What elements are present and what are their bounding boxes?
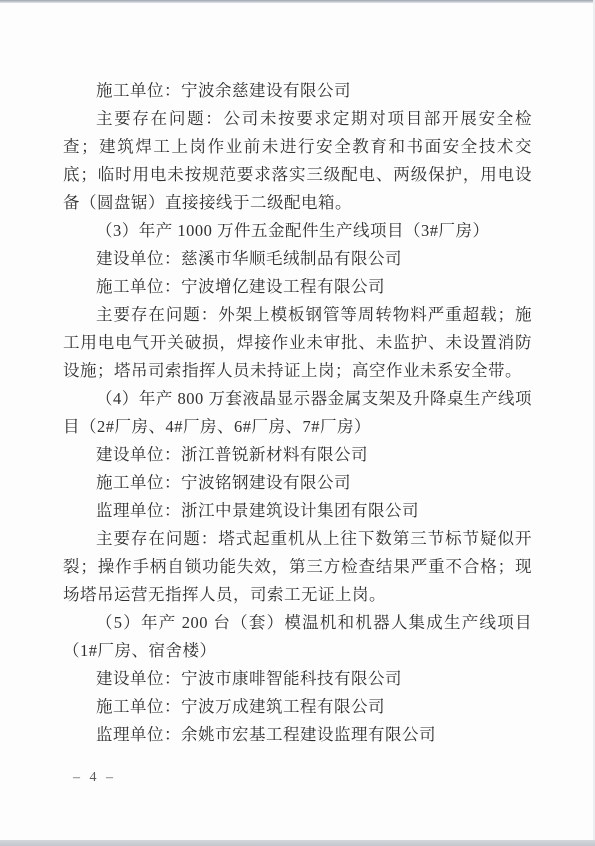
owner-unit-line: 建设单位：慈溪市华顺毛绒制品有限公司 — [63, 245, 532, 273]
main-issues-paragraph: 主要存在问题：外架上模板钢管等周转物料严重超载；施工用电电气开关破损，焊接作业未… — [63, 301, 532, 385]
contractor-unit-line: 施工单位：宁波余慈建设有限公司 — [63, 77, 532, 105]
project-3-heading: （3）年产 1000 万件五金配件生产线项目（3#厂房） — [63, 217, 532, 245]
contractor-unit-line: 施工单位：宁波增亿建设工程有限公司 — [63, 273, 532, 301]
project-4-heading: （4）年产 800 万套液晶显示器金属支架及升降桌生产线项目（2#厂房、4#厂房… — [63, 385, 532, 441]
contractor-unit-line: 施工单位：宁波铭钢建设有限公司 — [63, 469, 532, 497]
owner-unit-line: 建设单位：宁波市康啡智能科技有限公司 — [63, 665, 532, 693]
project-5-heading: （5）年产 200 台（套）模温机和机器人集成生产线项目（1#厂房、宿舍楼） — [63, 609, 532, 665]
main-issues-paragraph: 主要存在问题：塔式起重机从上往下数第三节标节疑似开裂；操作手柄自锁功能失效，第三… — [63, 525, 532, 609]
scanned-document-page: 施工单位：宁波余慈建设有限公司 主要存在问题：公司未按要求定期对项目部开展安全检… — [0, 0, 595, 846]
scan-edge-top — [0, 0, 595, 3]
page-number: – 4 – — [73, 770, 116, 786]
contractor-unit-line: 施工单位：宁波万成建筑工程有限公司 — [63, 693, 532, 721]
owner-unit-line: 建设单位：浙江普锐新材料有限公司 — [63, 441, 532, 469]
main-issues-paragraph: 主要存在问题：公司未按要求定期对项目部开展安全检查；建筑焊工上岗作业前未进行安全… — [63, 105, 532, 217]
supervisor-unit-line: 监理单位：浙江中景建筑设计集团有限公司 — [63, 497, 532, 525]
scan-edge-bottom — [0, 840, 595, 846]
document-body: 施工单位：宁波余慈建设有限公司 主要存在问题：公司未按要求定期对项目部开展安全检… — [63, 77, 532, 749]
supervisor-unit-line: 监理单位：余姚市宏基工程建设监理有限公司 — [63, 721, 532, 749]
